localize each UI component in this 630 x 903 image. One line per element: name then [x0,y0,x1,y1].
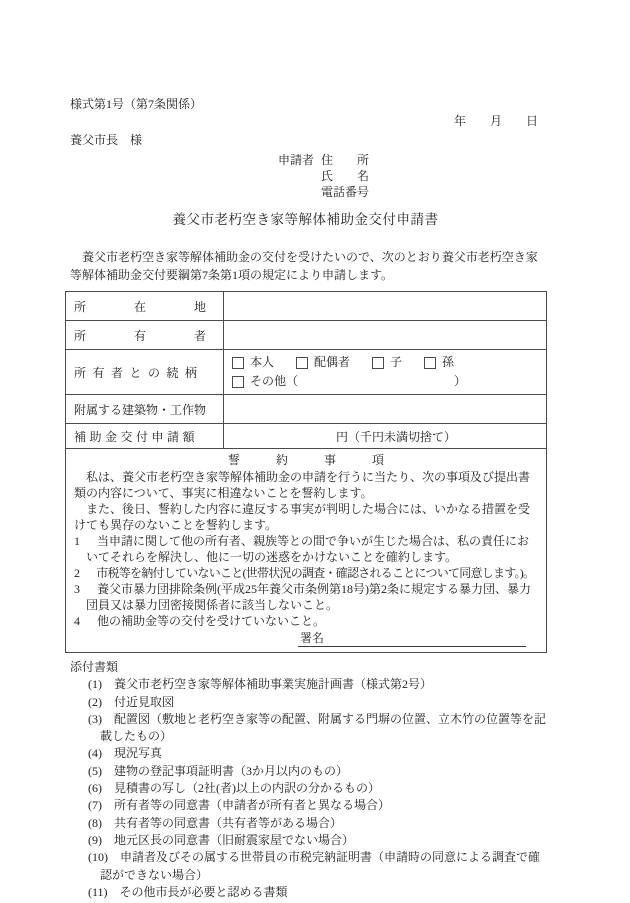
relationship-option-label: 子 [390,353,402,372]
relationship-option-label: 孫 [442,353,454,372]
pledge-item-number: 4 [74,614,80,628]
checkbox-icon[interactable] [372,357,384,369]
relationship-option-label: 配偶者 [314,353,350,372]
pledge-item: 4他の補助金等の交付を受けていないこと。 [74,613,538,629]
attachment-item: (8) 共有者等の同意書（共有者等がある場合） [70,815,546,832]
document-title: 養父市老朽空き家等解体補助金交付申請書 [65,208,546,228]
applicant-address-label[interactable]: 住 所 [321,152,369,168]
applicant-phone-label[interactable]: 電話番号 [321,184,369,200]
attachment-item: (2) 付近見取図 [70,694,546,711]
pledge-item: 3養父市暴力団排除条例(平成25年養父市条例第18号)第2条に規定する暴力団、暴… [74,581,538,613]
attached-structures-input-cell[interactable] [224,395,547,424]
applicant-label: 申請者 [278,152,314,200]
pledge-item-text: 養父市暴力団排除条例(平成25年養父市条例第18号)第2条に規定する暴力団、暴力… [86,582,531,612]
attachments-section: 添付書類 (1) 養父市老朽空き家等解体補助事業実施計画書（様式第2号） (2)… [70,659,546,901]
relationship-other-row: その他（ ） [232,372,538,391]
attachment-item: (4) 現況写真 [70,745,546,762]
signature-row: 署名 [74,630,538,647]
pledge-item-text: 当申請に関して他の所有者、親族等との間で争いが生じた場合は、私の責任においてそれ… [86,534,529,564]
attachments-heading: 添付書類 [70,659,546,676]
relationship-option[interactable]: 子 [372,353,402,372]
addressee: 養父市長 様 [70,132,546,149]
application-table: 所 在 地 所 有 者 所有者との続柄 本人 [65,291,547,653]
amount-label: 補助金交付申請額 [66,424,224,449]
attachment-item: (5) 建物の登記事項証明書（3か月以内のもの） [70,763,546,780]
pledge-paragraph: また、後日、誓約した内容に違反する事実が判明した場合には、いかなる措置を受けても… [74,501,538,533]
pledge-item: 1当申請に関して他の所有者、親族等との間で争いが生じた場合は、私の責任においてそ… [74,533,538,565]
applicant-block: 申請者 住 所 氏 名 電話番号 [278,152,546,200]
relationship-option[interactable]: 本人 [232,353,274,372]
attachment-item: (10) 申請者及びその属する世帯員の市税完納証明書（申請時の同意による調査で確… [70,849,546,884]
attachment-item: (7) 所有者等の同意書（申請者が所有者と異なる場合） [70,797,546,814]
pledge-paragraph: 私は、養父市老朽空き家等解体補助金の申請を行うに当たり、次の事項及び提出書類の内… [74,469,538,501]
owner-input-cell[interactable] [224,321,547,350]
checkbox-icon[interactable] [232,357,244,369]
checkbox-icon[interactable] [424,357,436,369]
checkbox-icon[interactable] [232,376,244,388]
relationship-option[interactable]: 配偶者 [296,353,350,372]
location-label: 所 在 地 [66,292,224,321]
pledge-heading: 誓 約 事 項 [74,452,538,469]
pledge-item-number: 1 [74,534,80,548]
pledge-items: 1当申請に関して他の所有者、親族等との間で争いが生じた場合は、私の責任においてそ… [74,533,538,629]
attachment-item: (9) 地元区長の同意書（旧耐震家屋でない場合） [70,832,546,849]
attachment-item: (3) 配置図（敷地と老朽空き家等の配置、附属する門塀の位置、立木竹の位置等を記… [70,711,546,746]
pledge-item-text: 他の補助金等の交付を受けていないこと。 [97,614,325,628]
pledge-section: 誓 約 事 項 私は、養父市老朽空き家等解体補助金の申請を行うに当たり、次の事項… [66,449,547,653]
signature-line[interactable]: 署名 [298,630,526,647]
attachments-list: (1) 養父市老朽空き家等解体補助事業実施計画書（様式第2号） (2) 付近見取… [70,676,546,901]
pledge-paragraphs: 私は、養父市老朽空き家等解体補助金の申請を行うに当たり、次の事項及び提出書類の内… [74,469,538,533]
intro-paragraph: 養父市老朽空き家等解体補助金の交付を受けたいので、次のとおり養父市老朽空き家等解… [70,249,546,284]
pledge-item: 2市税等を納付していないこと(世帯状況の調査・確認されることについて同意します。… [74,565,538,581]
amount-unit: 円（千円未満切捨て） [336,430,456,444]
pledge-item-text: 市税等を納付していないこと(世帯状況の調査・確認されることについて同意します。)… [96,566,534,580]
location-input-cell[interactable] [224,292,547,321]
attachment-item: (1) 養父市老朽空き家等解体補助事業実施計画書（様式第2号） [70,676,546,693]
amount-input-cell[interactable]: 円（千円未満切捨て） [224,424,547,449]
owner-label: 所 有 者 [66,321,224,350]
form-number: 様式第1号（第7条関係） [70,96,546,113]
pledge-item-number: 3 [74,582,80,596]
relationship-other-label[interactable]: その他（ ） [250,372,466,391]
relationship-options-cell: 本人 配偶者 子 [224,350,547,395]
checkbox-icon[interactable] [296,357,308,369]
relationship-label: 所有者との続柄 [66,350,224,395]
applicant-name-label[interactable]: 氏 名 [321,168,369,184]
relationship-options-row: 本人 配偶者 子 [232,353,538,372]
attachment-item: (6) 見積書の写し（2社(者)以上の内訳の分かるもの） [70,780,546,797]
pledge-item-number: 2 [74,566,79,580]
attachment-item: (11) その他市長が必要と認める書類 [70,884,546,901]
relationship-option[interactable]: 孫 [424,353,454,372]
relationship-option-label: 本人 [250,353,274,372]
date-line: 年 月 日 [65,113,546,130]
attached-structures-label: 附属する建築物・工作物 [66,395,224,424]
signature-label: 署名 [300,631,324,645]
document-page: 様式第1号（第7条関係） 年 月 日 養父市長 様 申請者 住 所 氏 名 電話… [0,0,630,903]
